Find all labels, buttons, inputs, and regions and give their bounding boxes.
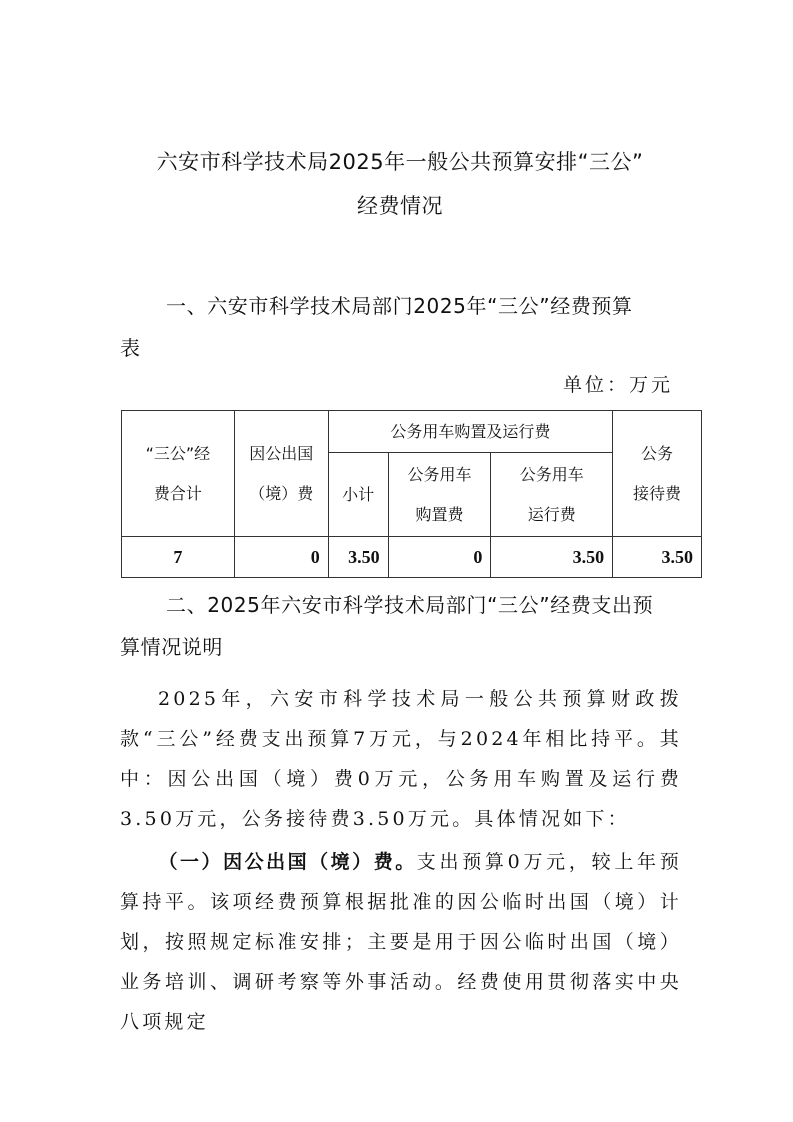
- cell-total: 7: [122, 537, 235, 578]
- three-public-expenses-table: “三公”经 费合计 因公出国 （境）费 公务用车购置及运行费 公务 接待费 小计…: [121, 410, 702, 578]
- header-vehicle-group: 公务用车购置及运行费: [328, 411, 612, 453]
- document-page: 六安市科学技术局2025年一般公共预算安排“三公” 经费情况 一、六安市科学技术…: [0, 0, 793, 1122]
- paragraph-overseas-text: 支出预算0万元，较上年预算持平。该项经费预算根据批准的因公临时出国（境）计划，按…: [120, 851, 682, 1033]
- unit-label: 单位：万元: [563, 370, 673, 397]
- header-vehicle-operation: 公务用车 运行费: [491, 453, 613, 537]
- table-row: 7 0 3.50 0 3.50 3.50: [122, 537, 702, 578]
- paragraph-overseas: （一）因公出国（境）费。支出预算0万元，较上年预算持平。该项经费预算根据批准的因…: [120, 842, 682, 1042]
- cell-vehicle-purchase: 0: [388, 537, 491, 578]
- section-1-heading-line-2: 表: [120, 327, 680, 369]
- cell-reception: 3.50: [613, 537, 702, 578]
- paragraph-overseas-lead: （一）因公出国（境）费。: [158, 851, 417, 873]
- header-overseas: 因公出国 （境）费: [234, 411, 328, 537]
- section-2-heading-line-1: 二、2025年六安市科学技术局部门“三公”经费支出预: [166, 593, 653, 617]
- header-total: “三公”经 费合计: [122, 411, 235, 537]
- section-2-heading-line-2: 算情况说明: [120, 626, 680, 668]
- title-line-2: 经费情况: [100, 184, 700, 228]
- cell-subtotal: 3.50: [328, 537, 388, 578]
- header-subtotal: 小计: [328, 453, 388, 537]
- paragraph-summary: 2025年，六安市科学技术局一般公共预算财政拨款“三公”经费支出预算7万元，与2…: [120, 679, 682, 839]
- section-1-heading: 一、六安市科学技术局部门2025年“三公”经费预算 表: [120, 285, 680, 369]
- section-2-heading: 二、2025年六安市科学技术局部门“三公”经费支出预 算情况说明: [120, 584, 680, 668]
- header-vehicle-purchase: 公务用车 购置费: [388, 453, 491, 537]
- header-reception: 公务 接待费: [613, 411, 702, 537]
- section-1-heading-line-1: 一、六安市科学技术局部门2025年“三公”经费预算: [166, 294, 633, 318]
- title-line-1: 六安市科学技术局2025年一般公共预算安排“三公”: [100, 140, 700, 184]
- document-title: 六安市科学技术局2025年一般公共预算安排“三公” 经费情况: [100, 140, 700, 228]
- cell-overseas: 0: [234, 537, 328, 578]
- cell-vehicle-operation: 3.50: [491, 537, 613, 578]
